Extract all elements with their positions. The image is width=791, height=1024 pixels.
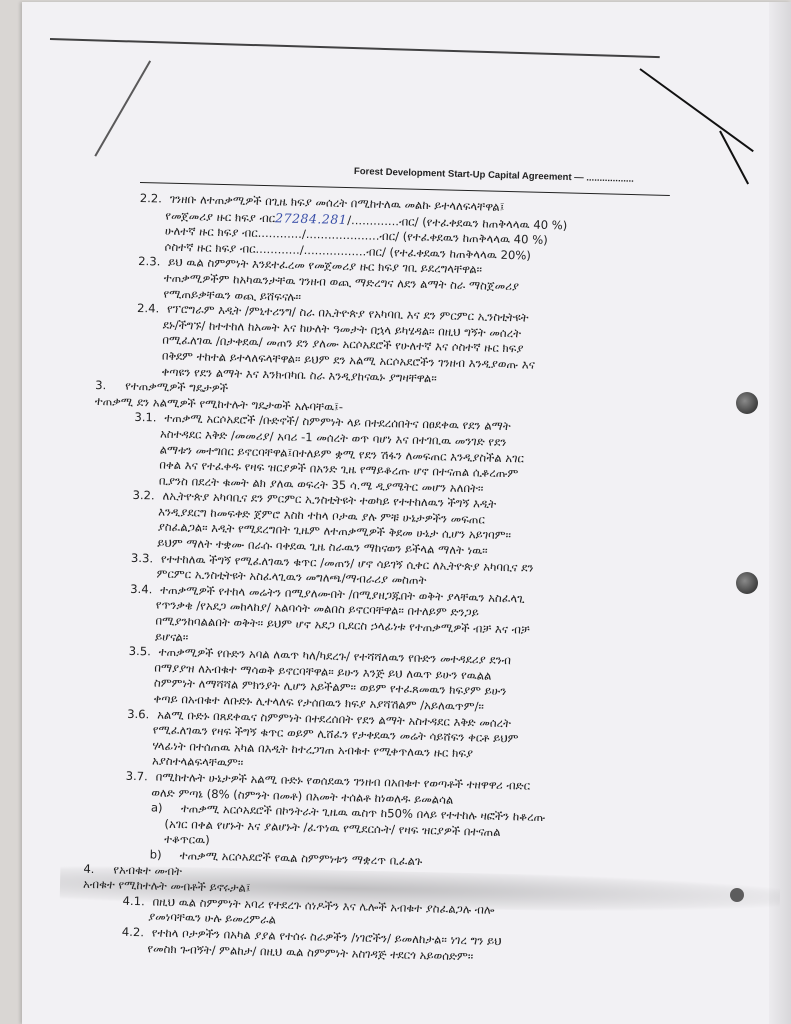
- page-edge: [769, 2, 791, 1024]
- line-text: ይሆናል።: [155, 629, 189, 644]
- section-number: 3.4.: [130, 582, 160, 598]
- section-number: b): [150, 847, 180, 863]
- line-text: ተቆጥርዉ): [164, 832, 210, 847]
- section-number: 3.: [95, 378, 125, 394]
- punch-hole: [736, 392, 758, 414]
- section-number: 3.1.: [134, 410, 164, 426]
- section-number: a): [151, 801, 181, 817]
- ink-stain: [730, 888, 744, 902]
- line-text: አያስተላልፍላቸዉም።: [152, 754, 244, 770]
- section-number: 4.2.: [122, 925, 152, 941]
- section-number: 3.5.: [129, 644, 159, 660]
- section-number: 2.4.: [137, 301, 167, 317]
- section-number: 3.2.: [132, 488, 162, 504]
- section-number: 3.7.: [125, 769, 155, 785]
- line-text: የተጠቃሚዎች ግዴታዎች: [125, 379, 228, 396]
- line-text: ያመነባቸዉን ሁሉ ይመረምራል: [148, 910, 276, 927]
- section-number: 2.3.: [138, 254, 168, 270]
- line-text: የሚጠይቃቸዉን ወጪ ይሸፍናሉ።: [163, 286, 301, 303]
- line-text: የመጀመሪያ ዙር ክፍያ ብር: [165, 208, 275, 225]
- handwritten-amount: 27284.281: [275, 210, 347, 227]
- section-number: 2.2.: [140, 191, 170, 207]
- section-number: 3.6.: [127, 706, 157, 722]
- document-body: 2.2.ገንዘቡ ለተጠቃሚዎች በጊዜ ክፍያ መሰረት በሚከተለዉ መልኩ…: [81, 190, 700, 970]
- punch-hole: [736, 572, 758, 594]
- section-number: 3.3.: [131, 551, 161, 567]
